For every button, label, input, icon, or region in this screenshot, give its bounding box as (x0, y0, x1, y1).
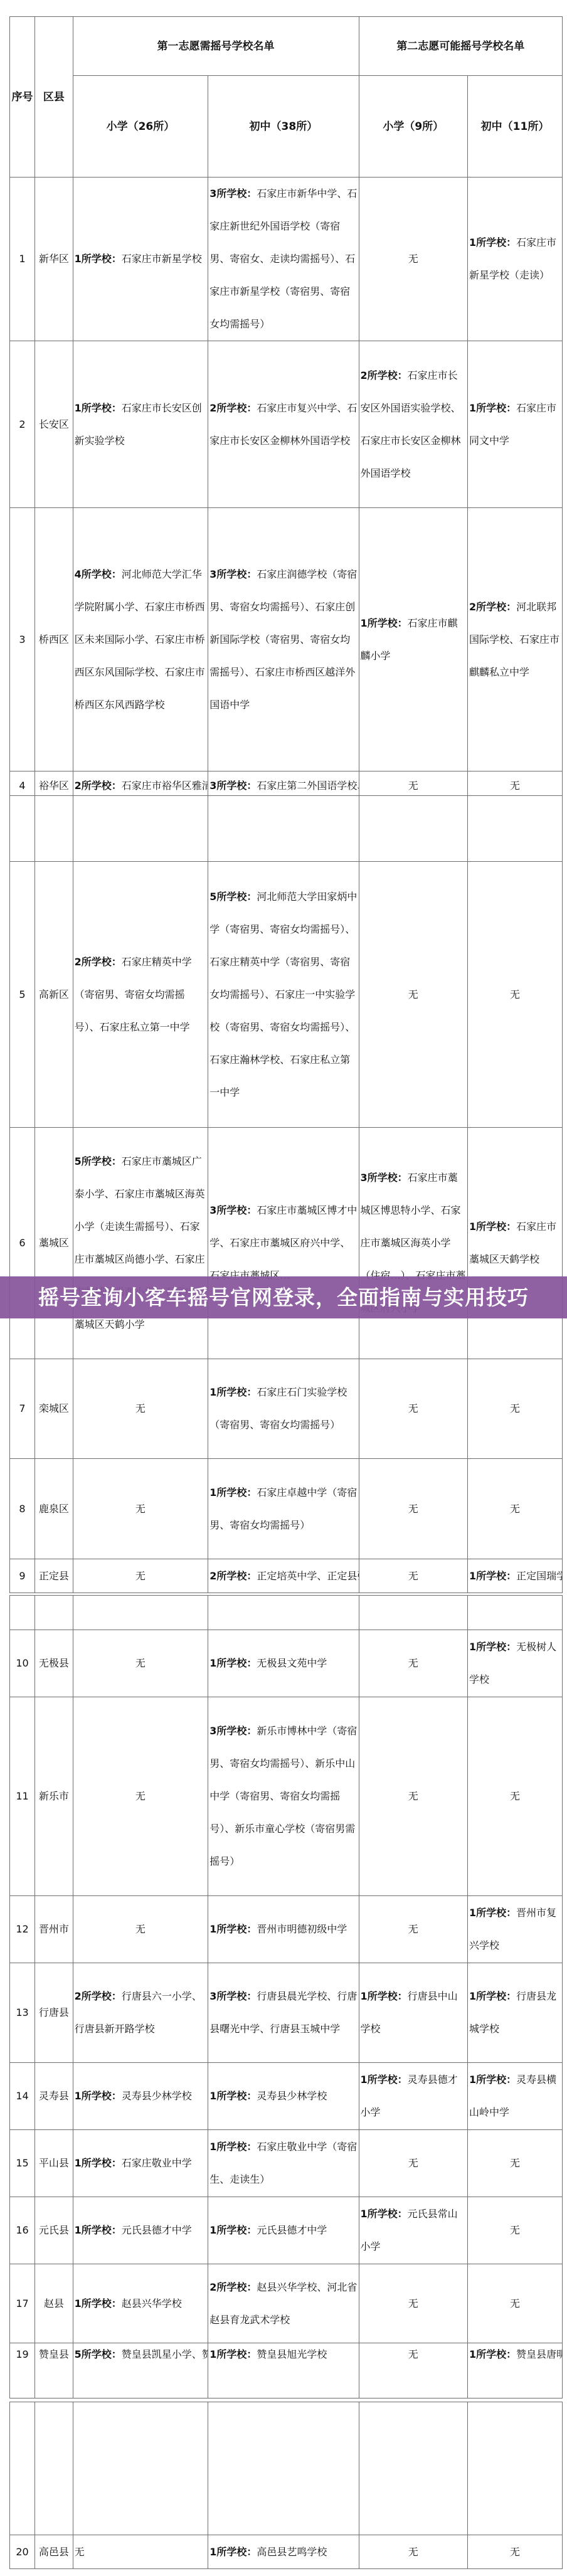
cell-lead: 1所学校： (75, 2157, 122, 2169)
cell-g2-middle: 无 (468, 1697, 563, 1896)
cell-text: 赞皇县凯星小学、赞皇县启飞小学、赞皇县童星小学、赞皇县正和小学、赞皇县至善小学 (122, 2348, 208, 2360)
table-row: 2 长安区 1所学校：石家庄市长安区创新实验学校 2所学校：石家庄市复兴中学、石… (10, 341, 563, 508)
cell-lead: 3所学校： (209, 188, 257, 199)
row-no: 9 (10, 1559, 35, 1593)
table-row: 8 鹿泉区 无 1所学校：石家庄卓越中学（寄宿男、寄宿女均需摇号） 无 无 (10, 1459, 563, 1559)
cell-g2-primary: 无 (359, 1697, 468, 1896)
row-no: 12 (10, 1896, 35, 1963)
cell-continuation (468, 2402, 563, 2535)
row-district: 藁城区 (35, 1128, 73, 1359)
cell-lead: 1所学校： (469, 2074, 516, 2086)
cell-g1-middle: 5所学校：河北师范大学田家炳中学（寄宿男、寄宿女均需摇号）、石家庄精英中学（寄宿… (208, 862, 359, 1128)
cell-lead: 2所学校： (75, 956, 122, 968)
table-row-continuation (10, 796, 563, 862)
cell-continuation (208, 1596, 359, 1630)
cell-lead: 1所学校： (209, 1386, 257, 1398)
cell-lead: 5所学校： (75, 1155, 122, 1167)
cell-text: 石家庄市裕华区雅清小学、石家庄市卓达学校 (122, 780, 208, 792)
cell-text: 石家庄市长安区外国语实验学校、石家庄市长安区金柳林外国语学校 (361, 369, 461, 479)
cell-lead: 2所学校： (361, 369, 408, 381)
row-no: 14 (10, 2063, 35, 2130)
cell-lead: 1所学校： (361, 2074, 408, 2086)
lottery-school-table-continued: 5 高新区 2所学校：石家庄精英中学（寄宿男、寄宿女均需摇号）、石家庄私立第一中… (9, 795, 563, 1593)
cell-lead: 2所学校： (209, 2281, 257, 2293)
cell-continuation (73, 796, 208, 862)
cell-text: 高邑县艺鸣学校 (257, 2546, 327, 2558)
cell-text: 无 (408, 253, 418, 265)
row-no: 7 (10, 1359, 35, 1459)
cell-g2-primary: 1所学校：行唐县中山学校 (359, 1963, 468, 2063)
cell-text: 石家庄市新星学校 (122, 253, 202, 265)
cell-g2-middle: 1所学校：石家庄市同文中学 (468, 341, 563, 508)
row-district: 桥西区 (35, 508, 73, 771)
cell-g2-primary: 无 (359, 1559, 468, 1593)
cell-g1-primary: 无 (73, 1359, 208, 1459)
cell-g2-middle: 2所学校：河北联邦国际学校、石家庄市麒麟私立中学 (468, 508, 563, 771)
cell-g2-primary: 1所学校：元氏县常山小学 (359, 2197, 468, 2264)
table-row-continuation (10, 1596, 563, 1630)
cell-lead: 1所学校： (469, 1221, 516, 1232)
cell-text: 石家庄市新华中学、石家庄新世纪外国语学校（寄宿男、寄宿女、走读均需摇号）、石家庄… (209, 188, 357, 330)
cell-text: 河北师范大学田家炳中学（寄宿男、寄宿女均需摇号）、石家庄精英中学（寄宿男、寄宿女… (209, 891, 357, 1098)
cell-text: 赵县兴华学校 (122, 2298, 182, 2309)
cell-g1-primary: 无 (73, 1630, 208, 1697)
row-no: 8 (10, 1459, 35, 1559)
title-banner: 摇号查询小客车摇号官网登录，全面指南与实用技巧 (0, 1276, 567, 1318)
cell-g2-middle: 无 (468, 862, 563, 1128)
cell-lead: 3所学校： (209, 1990, 257, 2002)
row-no: 17 (10, 2264, 35, 2343)
row-no: 10 (10, 1630, 35, 1697)
cell-g1-middle: 1所学校：无极县文苑中学 (208, 1630, 359, 1697)
row-no: 2 (10, 341, 35, 508)
cell-lead: 1所学校： (469, 1570, 516, 1582)
header-g2-middle: 初中（11所） (468, 76, 563, 178)
row-no: 19 (10, 2343, 35, 2398)
cell-lead: 1所学校： (209, 2348, 257, 2360)
cell-lead: 1所学校： (469, 236, 516, 248)
row-district: 平山县 (35, 2130, 73, 2197)
cell-g1-middle: 1所学校：石家庄敬业中学（寄宿生、走读生） (208, 2130, 359, 2197)
table-row: 7 栾城区 无 1所学校：石家庄石门实验学校（寄宿男、寄宿女均需摇号） 无 无 (10, 1359, 563, 1459)
cell-g1-middle: 1所学校：赞皇县旭光学校 (208, 2343, 359, 2398)
row-district: 正定县 (35, 1559, 73, 1593)
table-row: 11 新乐市 无 3所学校：新乐市博林中学（寄宿男、寄宿女均需摇号）、新乐中山中… (10, 1697, 563, 1896)
cell-g1-primary: 无 (73, 1896, 208, 1963)
cell-g1-middle: 2所学校：正定培英中学、正定县弘文中学 (208, 1559, 359, 1593)
lottery-school-table: 序号 区县 第一志愿需摇号学校名单 第二志愿可能摇号学校名单 小学（26所） 初… (9, 16, 563, 800)
cell-g1-primary: 无 (73, 1697, 208, 1896)
cell-text: 晋州市明德初级中学 (257, 1923, 347, 1935)
row-no: 1 (10, 178, 35, 341)
cell-g2-primary: 无 (359, 862, 468, 1128)
cell-lead: 3所学校： (209, 1204, 257, 1216)
row-district: 灵寿县 (35, 2063, 73, 2130)
cell-lead: 1所学校： (209, 1923, 257, 1935)
cell-lead: 1所学校： (361, 617, 408, 629)
cell-g2-primary: 无 (359, 2535, 468, 2569)
cell-lead: 5所学校： (75, 2348, 122, 2360)
cell-g1-middle: 1所学校：晋州市明德初级中学 (208, 1896, 359, 1963)
row-district: 新华区 (35, 178, 73, 341)
row-no: 5 (10, 862, 35, 1128)
cell-text: 元氏县德才中学 (257, 2224, 327, 2236)
cell-lead: 3所学校： (209, 780, 257, 792)
cell-lead: 2所学校： (209, 1570, 257, 1582)
row-no: 20 (10, 2535, 35, 2569)
cell-text: 灵寿县少林学校 (122, 2090, 192, 2102)
cell-g2-middle: 1所学校：石家庄市藁城区天鹤学校 (468, 1128, 563, 1359)
cell-text: 元氏县德才中学 (122, 2224, 192, 2236)
cell-g2-middle: 1所学校：行唐县龙城学校 (468, 1963, 563, 2063)
cell-g1-primary: 1所学校：石家庄敬业中学 (73, 2130, 208, 2197)
cell-g1-primary: 2所学校：石家庄精英中学（寄宿男、寄宿女均需摇号）、石家庄私立第一中学 (73, 862, 208, 1128)
cell-g2-primary: 无 (359, 1896, 468, 1963)
header-g1-primary: 小学（26所） (73, 76, 208, 178)
cell-lead: 1所学校： (469, 1907, 516, 1919)
cell-g2-primary: 无 (359, 2264, 468, 2343)
cell-lead: 1所学校： (361, 1990, 408, 2002)
cell-lead: 3所学校： (361, 1172, 408, 1184)
cell-g2-primary: 2所学校：石家庄市长安区外国语实验学校、石家庄市长安区金柳林外国语学校 (359, 341, 468, 508)
cell-lead: 1所学校： (75, 2224, 122, 2236)
table-row: 16 元氏县 1所学校：元氏县德才中学 1所学校：元氏县德才中学 1所学校：元氏… (10, 2197, 563, 2264)
cell-text: 石家庄敬业中学 (122, 2157, 192, 2169)
header-g1-middle: 初中（38所） (208, 76, 359, 178)
cell-lead: 3所学校： (209, 1725, 257, 1737)
row-no: 15 (10, 2130, 35, 2197)
cell-lead: 1所学校： (469, 1641, 516, 1653)
cell-g1-middle: 2所学校：赵县兴华学校、河北省赵县育龙武术学校 (208, 2264, 359, 2343)
row-no: 11 (10, 1697, 35, 1896)
cell-lead: 1所学校： (361, 2208, 408, 2220)
cell-text: 河北师范大学汇华学院附属小学、石家庄市桥西区未来国际小学、石家庄市桥西区东风国际… (75, 568, 205, 711)
cell-g1-primary: 无 (73, 2535, 208, 2569)
cell-lead: 1所学校： (75, 2090, 122, 2102)
lottery-school-table-continued: 10 无极县 无 1所学校：无极县文苑中学 无 1所学校：无极树人学校 11 新… (9, 1595, 563, 2398)
cell-g2-middle: 1所学校：赞皇县唐明小学 (468, 2343, 563, 2398)
cell-g1-middle: 1所学校：灵寿县少林学校 (208, 2063, 359, 2130)
cell-continuation (73, 2402, 208, 2535)
row-district: 高新区 (35, 862, 73, 1128)
cell-text: 无极县文苑中学 (257, 1657, 327, 1669)
cell-lead: 1所学校： (209, 1487, 257, 1498)
cell-g2-middle: 1所学校：灵寿县横山岭中学 (468, 2063, 563, 2130)
cell-text: 正定培英中学、正定县弘文中学 (257, 1570, 359, 1582)
cell-lead: 5所学校： (209, 891, 257, 903)
cell-g2-middle: 无 (468, 2535, 563, 2569)
row-no: 16 (10, 2197, 35, 2264)
cell-lead: 1所学校： (75, 253, 122, 265)
cell-g1-primary: 5所学校：赞皇县凯星小学、赞皇县启飞小学、赞皇县童星小学、赞皇县正和小学、赞皇县… (73, 2343, 208, 2398)
cell-text: 石家庄第二外国语学校、石家庄市裕华求实中学、石家庄卓达学校 (257, 780, 359, 792)
row-district: 高邑县 (35, 2535, 73, 2569)
cell-g1-primary: 1所学校：石家庄市长安区创新实验学校 (73, 341, 208, 508)
cell-text: 赞皇县旭光学校 (257, 2348, 327, 2360)
cell-g1-middle: 3所学校：石家庄润德学校（寄宿男、寄宿女均需摇号）、石家庄创新国际学校（寄宿男、… (208, 508, 359, 771)
table-row: 3 桥西区 4所学校：河北师范大学汇华学院附属小学、石家庄市桥西区未来国际小学、… (10, 508, 563, 771)
cell-g1-primary: 1所学校：石家庄市新星学校 (73, 178, 208, 341)
cell-g1-middle: 1所学校：石家庄石门实验学校（寄宿男、寄宿女均需摇号） (208, 1359, 359, 1459)
table-row: 13 行唐县 2所学校：行唐县六一小学、行唐县新开路学校 3所学校：行唐县晨光学… (10, 1963, 563, 2063)
cell-lead: 2所学校： (75, 1990, 122, 2002)
cell-g2-middle: 1所学校：无极树人学校 (468, 1630, 563, 1697)
header-district: 区县 (35, 17, 73, 178)
header-no: 序号 (10, 17, 35, 178)
table-row: 5 高新区 2所学校：石家庄精英中学（寄宿男、寄宿女均需摇号）、石家庄私立第一中… (10, 862, 563, 1128)
cell-g1-primary: 5所学校：石家庄市藁城区广泰小学、石家庄市藁城区海英小学（走读生需摇号）、石家庄… (73, 1128, 208, 1359)
cell-g1-primary: 无 (73, 1559, 208, 1593)
cell-text: 赞皇县唐明小学 (516, 2348, 562, 2360)
cell-g1-middle: 1所学校：元氏县德才中学 (208, 2197, 359, 2264)
row-district: 元氏县 (35, 2197, 73, 2264)
table-row: 1 新华区 1所学校：石家庄市新星学校 3所学校：石家庄市新华中学、石家庄新世纪… (10, 178, 563, 341)
cell-g2-primary: 无 (359, 2343, 468, 2398)
table-row: 6 藁城区 5所学校：石家庄市藁城区广泰小学、石家庄市藁城区海英小学（走读生需摇… (10, 1128, 563, 1359)
cell-lead: 1所学校： (209, 2090, 257, 2102)
table-row: 9 正定县 无 2所学校：正定培英中学、正定县弘文中学 无 1所学校：正定国瑞学… (10, 1559, 563, 1593)
table-row: 10 无极县 无 1所学校：无极县文苑中学 无 1所学校：无极树人学校 (10, 1630, 563, 1697)
header-second-choice: 第二志愿可能摇号学校名单 (359, 17, 563, 76)
table-row: 20 高邑县 无 1所学校：高邑县艺鸣学校 无 无 (10, 2535, 563, 2569)
cell-g2-primary: 无 (359, 1459, 468, 1559)
table-page-2: 5 高新区 2所学校：石家庄精英中学（寄宿男、寄宿女均需摇号）、石家庄私立第一中… (9, 795, 563, 1593)
row-district: 赞皇县 (35, 2343, 73, 2398)
cell-lead: 1所学校： (469, 402, 516, 414)
row-district: 鹿泉区 (35, 1459, 73, 1559)
cell-g2-primary: 无 (359, 178, 468, 341)
cell-lead: 2所学校： (209, 402, 257, 414)
table-row: 14 灵寿县 1所学校：灵寿县少林学校 1所学校：灵寿县少林学校 1所学校：灵寿… (10, 2063, 563, 2130)
banner-title: 摇号查询小客车摇号官网登录，全面指南与实用技巧 (38, 1285, 529, 1310)
cell-g1-primary: 1所学校：灵寿县少林学校 (73, 2063, 208, 2130)
row-district: 晋州市 (35, 1896, 73, 1963)
cell-lead: 1所学校： (469, 1990, 516, 2002)
table-row-continuation (10, 2402, 563, 2535)
row-district: 无极县 (35, 1630, 73, 1697)
cell-g1-middle: 3所学校：行唐县晨光学校、行唐县曙光中学、行唐县玉城中学 (208, 1963, 359, 2063)
row-district: 栾城区 (35, 1359, 73, 1459)
cell-text: 正定国瑞学校 (516, 1570, 562, 1582)
cell-lead: 1所学校： (469, 2348, 516, 2360)
cell-g2-primary: 3所学校：石家庄市藁城区博思特小学、石家庄市藁城区海英小学（住宿…）、石家庄市藁… (359, 1128, 468, 1359)
table-row: 12 晋州市 无 1所学校：晋州市明德初级中学 无 1所学校：晋州市复兴学校 (10, 1896, 563, 1963)
header-first-choice: 第一志愿需摇号学校名单 (73, 17, 359, 76)
cell-lead: 3所学校： (209, 568, 257, 580)
cell-lead: 1所学校： (209, 2224, 257, 2236)
cell-continuation (208, 796, 359, 862)
cell-g2-primary: 无 (359, 1359, 468, 1459)
cell-g1-middle: 1所学校：石家庄卓越中学（寄宿男、寄宿女均需摇号） (208, 1459, 359, 1559)
row-district: 长安区 (35, 341, 73, 508)
cell-text: 灵寿县少林学校 (257, 2090, 327, 2102)
cell-g1-primary: 2所学校：行唐县六一小学、行唐县新开路学校 (73, 1963, 208, 2063)
header-g2-primary: 小学（9所） (359, 76, 468, 178)
table-row: 15 平山县 1所学校：石家庄敬业中学 1所学校：石家庄敬业中学（寄宿生、走读生… (10, 2130, 563, 2197)
cell-lead: 1所学校： (209, 2546, 257, 2558)
cell-g1-middle: 1所学校：高邑县艺鸣学校 (208, 2535, 359, 2569)
lottery-school-table-continued: 20 高邑县 无 1所学校：高邑县艺鸣学校 无 无 (9, 2402, 563, 2569)
row-no: 6 (10, 1128, 35, 1359)
row-district: 行唐县 (35, 1963, 73, 2063)
cell-g1-primary: 1所学校：元氏县德才中学 (73, 2197, 208, 2264)
table-row: 19 赞皇县 5所学校：赞皇县凯星小学、赞皇县启飞小学、赞皇县童星小学、赞皇县正… (10, 2343, 563, 2398)
cell-lead: 1所学校： (209, 2141, 257, 2153)
cell-g1-primary: 无 (73, 1459, 208, 1559)
cell-g1-middle: 3所学校：石家庄市藁城区博才中学、石家庄市藁城区府兴中学、石家庄市藁城区… (208, 1128, 359, 1359)
cell-g2-middle: 1所学校：石家庄市新星学校（走读） (468, 178, 563, 341)
cell-continuation (468, 1596, 563, 1630)
cell-g2-primary: 无 (359, 2130, 468, 2197)
table-page-3: 10 无极县 无 1所学校：无极县文苑中学 无 1所学校：无极树人学校 11 新… (9, 1595, 563, 2398)
row-no: 3 (10, 508, 35, 771)
cell-g1-middle: 2所学校：石家庄市复兴中学、石家庄市长安区金柳林外国语学校 (208, 341, 359, 508)
cell-g2-primary: 1所学校：灵寿县德才小学 (359, 2063, 468, 2130)
table-page-1: 序号 区县 第一志愿需摇号学校名单 第二志愿可能摇号学校名单 小学（26所） 初… (9, 16, 563, 800)
cell-text: 新乐市博林中学（寄宿男、寄宿女均需摇号）、新乐中山中学（寄宿男、寄宿女均需摇号）… (209, 1725, 357, 1867)
row-district: 新乐市 (35, 1697, 73, 1896)
cell-g2-primary: 1所学校：石家庄市麒麟小学 (359, 508, 468, 771)
row-district: 赵县 (35, 2264, 73, 2343)
cell-lead: 2所学校： (75, 780, 122, 792)
cell-lead: 2所学校： (469, 601, 516, 613)
cell-lead: 4所学校： (75, 568, 122, 580)
cell-g1-middle: 3所学校：石家庄市新华中学、石家庄新世纪外国语学校（寄宿男、寄宿女、走读均需摇号… (208, 178, 359, 341)
cell-g2-primary: 无 (359, 1630, 468, 1697)
cell-g2-middle: 无 (468, 1359, 563, 1459)
cell-g2-middle: 无 (468, 1459, 563, 1559)
cell-g2-middle: 无 (468, 2197, 563, 2264)
cell-g2-middle: 1所学校：晋州市复兴学校 (468, 1896, 563, 1963)
table-page-4: 20 高邑县 无 1所学校：高邑县艺鸣学校 无 无 (9, 2402, 563, 2569)
cell-g1-primary: 4所学校：河北师范大学汇华学院附属小学、石家庄市桥西区未来国际小学、石家庄市桥西… (73, 508, 208, 771)
cell-g2-middle: 无 (468, 2264, 563, 2343)
cell-g2-middle: 无 (468, 2130, 563, 2197)
cell-g1-primary: 1所学校：赵县兴华学校 (73, 2264, 208, 2343)
cell-text: 石家庄润德学校（寄宿男、寄宿女均需摇号）、石家庄创新国际学校（寄宿男、寄宿女均需… (209, 568, 357, 711)
cell-lead: 1所学校： (75, 402, 122, 414)
cell-g1-middle: 3所学校：新乐市博林中学（寄宿男、寄宿女均需摇号）、新乐中山中学（寄宿男、寄宿女… (208, 1697, 359, 1896)
table-row: 17 赵县 1所学校：赵县兴华学校 2所学校：赵县兴华学校、河北省赵县育龙武术学… (10, 2264, 563, 2343)
cell-g2-middle: 1所学校：正定国瑞学校 (468, 1559, 563, 1593)
cell-lead: 1所学校： (75, 2298, 122, 2309)
cell-lead: 1所学校： (209, 1657, 257, 1669)
row-no: 13 (10, 1963, 35, 2063)
